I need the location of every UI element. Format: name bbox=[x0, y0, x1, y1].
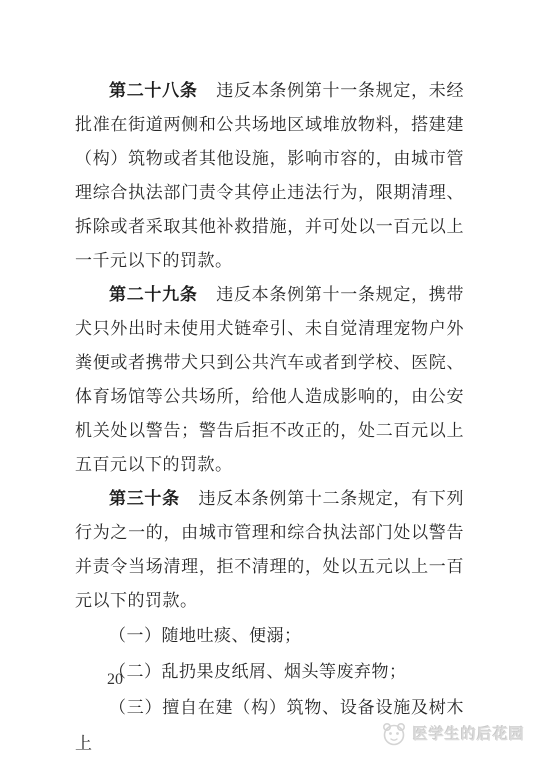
article-29-number: 第二十九条 bbox=[109, 285, 198, 305]
document-body: 第二十八条违反本条例第十一条规定，未经批准在街道两侧和公共场地区域堆放物料，搭建… bbox=[75, 74, 464, 761]
panda-logo-icon bbox=[381, 720, 408, 747]
article-30-paragraph: 第三十条违反本条例第十二条规定，有下列行为之一的，由城市管理和综合执法部门处以警… bbox=[75, 482, 464, 618]
article-30-number: 第三十条 bbox=[109, 489, 180, 509]
document-page: 第二十八条违反本条例第十一条规定，未经批准在街道两侧和公共场地区域堆放物料，搭建… bbox=[0, 0, 535, 761]
list-item-1: （一）随地吐痰、便溺； bbox=[75, 618, 464, 654]
article-29-text: 违反本条例第十一条规定，携带犬只外出时未使用犬链牵引、未自觉清理宠物户外粪便或者… bbox=[75, 285, 464, 475]
article-28-paragraph: 第二十八条违反本条例第十一条规定，未经批准在街道两侧和公共场地区域堆放物料，搭建… bbox=[75, 74, 464, 278]
watermark-label: 医学生的后花园 bbox=[413, 723, 525, 744]
page-number: 20 bbox=[107, 668, 123, 692]
article-28-text: 违反本条例第十一条规定，未经批准在街道两侧和公共场地区域堆放物料，搭建建（构）筑… bbox=[75, 81, 464, 271]
list-item-2: （二）乱扔果皮纸屑、烟头等废弃物； bbox=[75, 654, 464, 690]
watermark: 医学生的后花园 bbox=[381, 720, 525, 747]
article-28-number: 第二十八条 bbox=[109, 81, 198, 101]
article-29-paragraph: 第二十九条违反本条例第十一条规定，携带犬只外出时未使用犬链牵引、未自觉清理宠物户… bbox=[75, 278, 464, 482]
